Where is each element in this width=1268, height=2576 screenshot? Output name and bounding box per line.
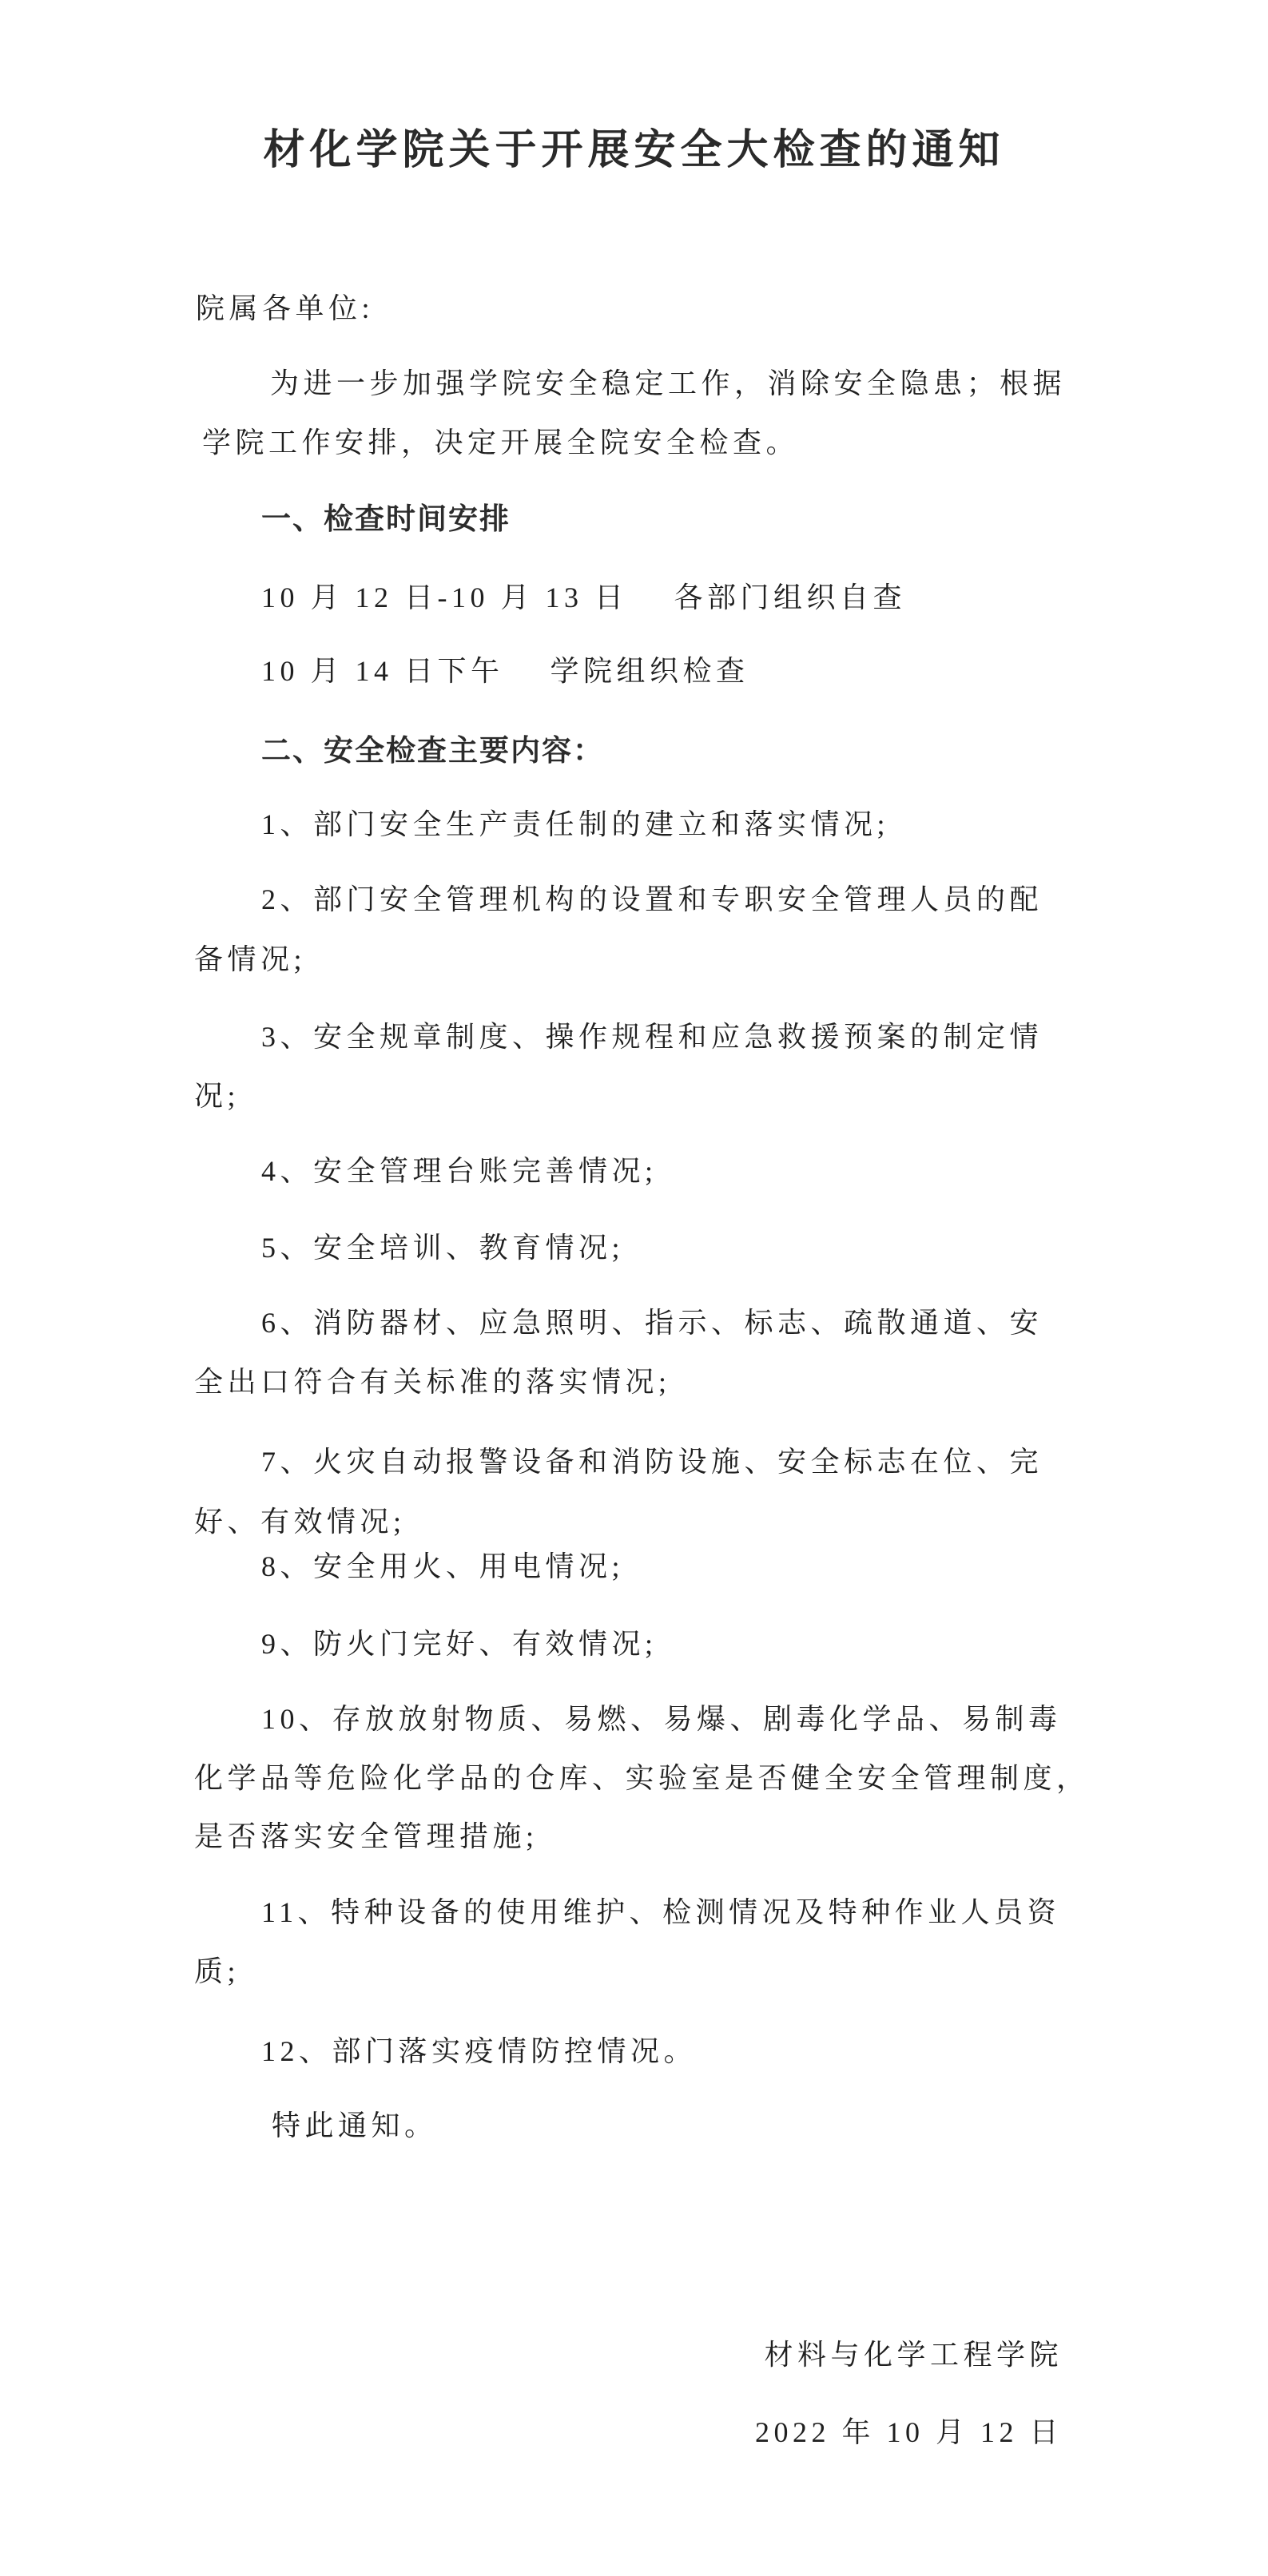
intro-paragraph-line-2: 学院工作安排，决定开展全院安全检查。 [202,425,799,460]
list-item-10-continuation-1: 化学品等危险化学品的仓库、实验室是否健全安全管理制度， [194,1760,1090,1796]
section-2-heading: 二、安全检查主要内容： [261,733,604,768]
schedule-row-1: 10 月 12 日-10 月 13 日各部门组织自查 [261,580,906,615]
schedule-row-2: 10 月 14 日下午学院组织检查 [261,653,749,689]
notice-page: 材化学院关于开展安全大检查的通知 院属各单位: 为进一步加强学院安全稳定工作，消… [0,0,1268,2576]
list-item-7: 7、火灾自动报警设备和消防设施、安全标志在位、完 [261,1444,1043,1479]
list-item-12: 12、部门落实疫情防控情况。 [261,2034,697,2069]
list-item-6: 6、消防器材、应急照明、指示、标志、疏散通道、安 [261,1305,1043,1340]
schedule-activity: 学院组织检查 [551,655,749,687]
list-item-3-continuation: 况; [194,1078,240,1113]
schedule-time: 10 月 14 日下午 [261,655,504,687]
list-item-2: 2、部门安全管理机构的设置和专职安全管理人员的配 [261,882,1043,917]
list-item-4: 4、安全管理台账完善情况; [261,1153,658,1189]
intro-paragraph-line-1: 为进一步加强学院安全稳定工作，消除安全隐患；根据 [270,366,1066,401]
list-item-8: 8、安全用火、用电情况; [261,1549,624,1584]
list-item-11: 11、特种设备的使用维护、检测情况及特种作业人员资 [261,1895,1060,1930]
list-item-5: 5、安全培训、教育情况; [261,1230,624,1265]
list-item-10: 10、存放放射物质、易燃、易爆、剧毒化学品、易制毒 [261,1701,1062,1737]
list-item-6-continuation: 全出口符合有关标准的落实情况; [194,1364,671,1399]
signature-organization: 材料与化学工程学院 [764,2337,1063,2372]
signature-date: 2022 年 10 月 12 日 [755,2415,1063,2450]
salutation: 院属各单位: [196,291,374,326]
closing-text: 特此通知。 [272,2108,438,2143]
list-item-10-continuation-2: 是否落实安全管理措施; [194,1819,539,1854]
list-item-7-continuation: 好、有效情况; [194,1504,406,1539]
section-1-heading: 一、检查时间安排 [261,502,511,537]
list-item-2-continuation: 备情况; [194,942,306,977]
schedule-time: 10 月 12 日-10 月 13 日 [261,581,628,613]
list-item-1: 1、部门安全生产责任制的建立和落实情况; [261,807,889,842]
document-title: 材化学院关于开展安全大检查的通知 [0,126,1268,174]
list-item-3: 3、安全规章制度、操作规程和应急救援预案的制定情 [261,1019,1043,1054]
list-item-11-continuation: 质; [194,1954,240,1989]
list-item-9: 9、防火门完好、有效情况; [261,1626,658,1661]
schedule-activity: 各部门组织自查 [674,581,907,613]
